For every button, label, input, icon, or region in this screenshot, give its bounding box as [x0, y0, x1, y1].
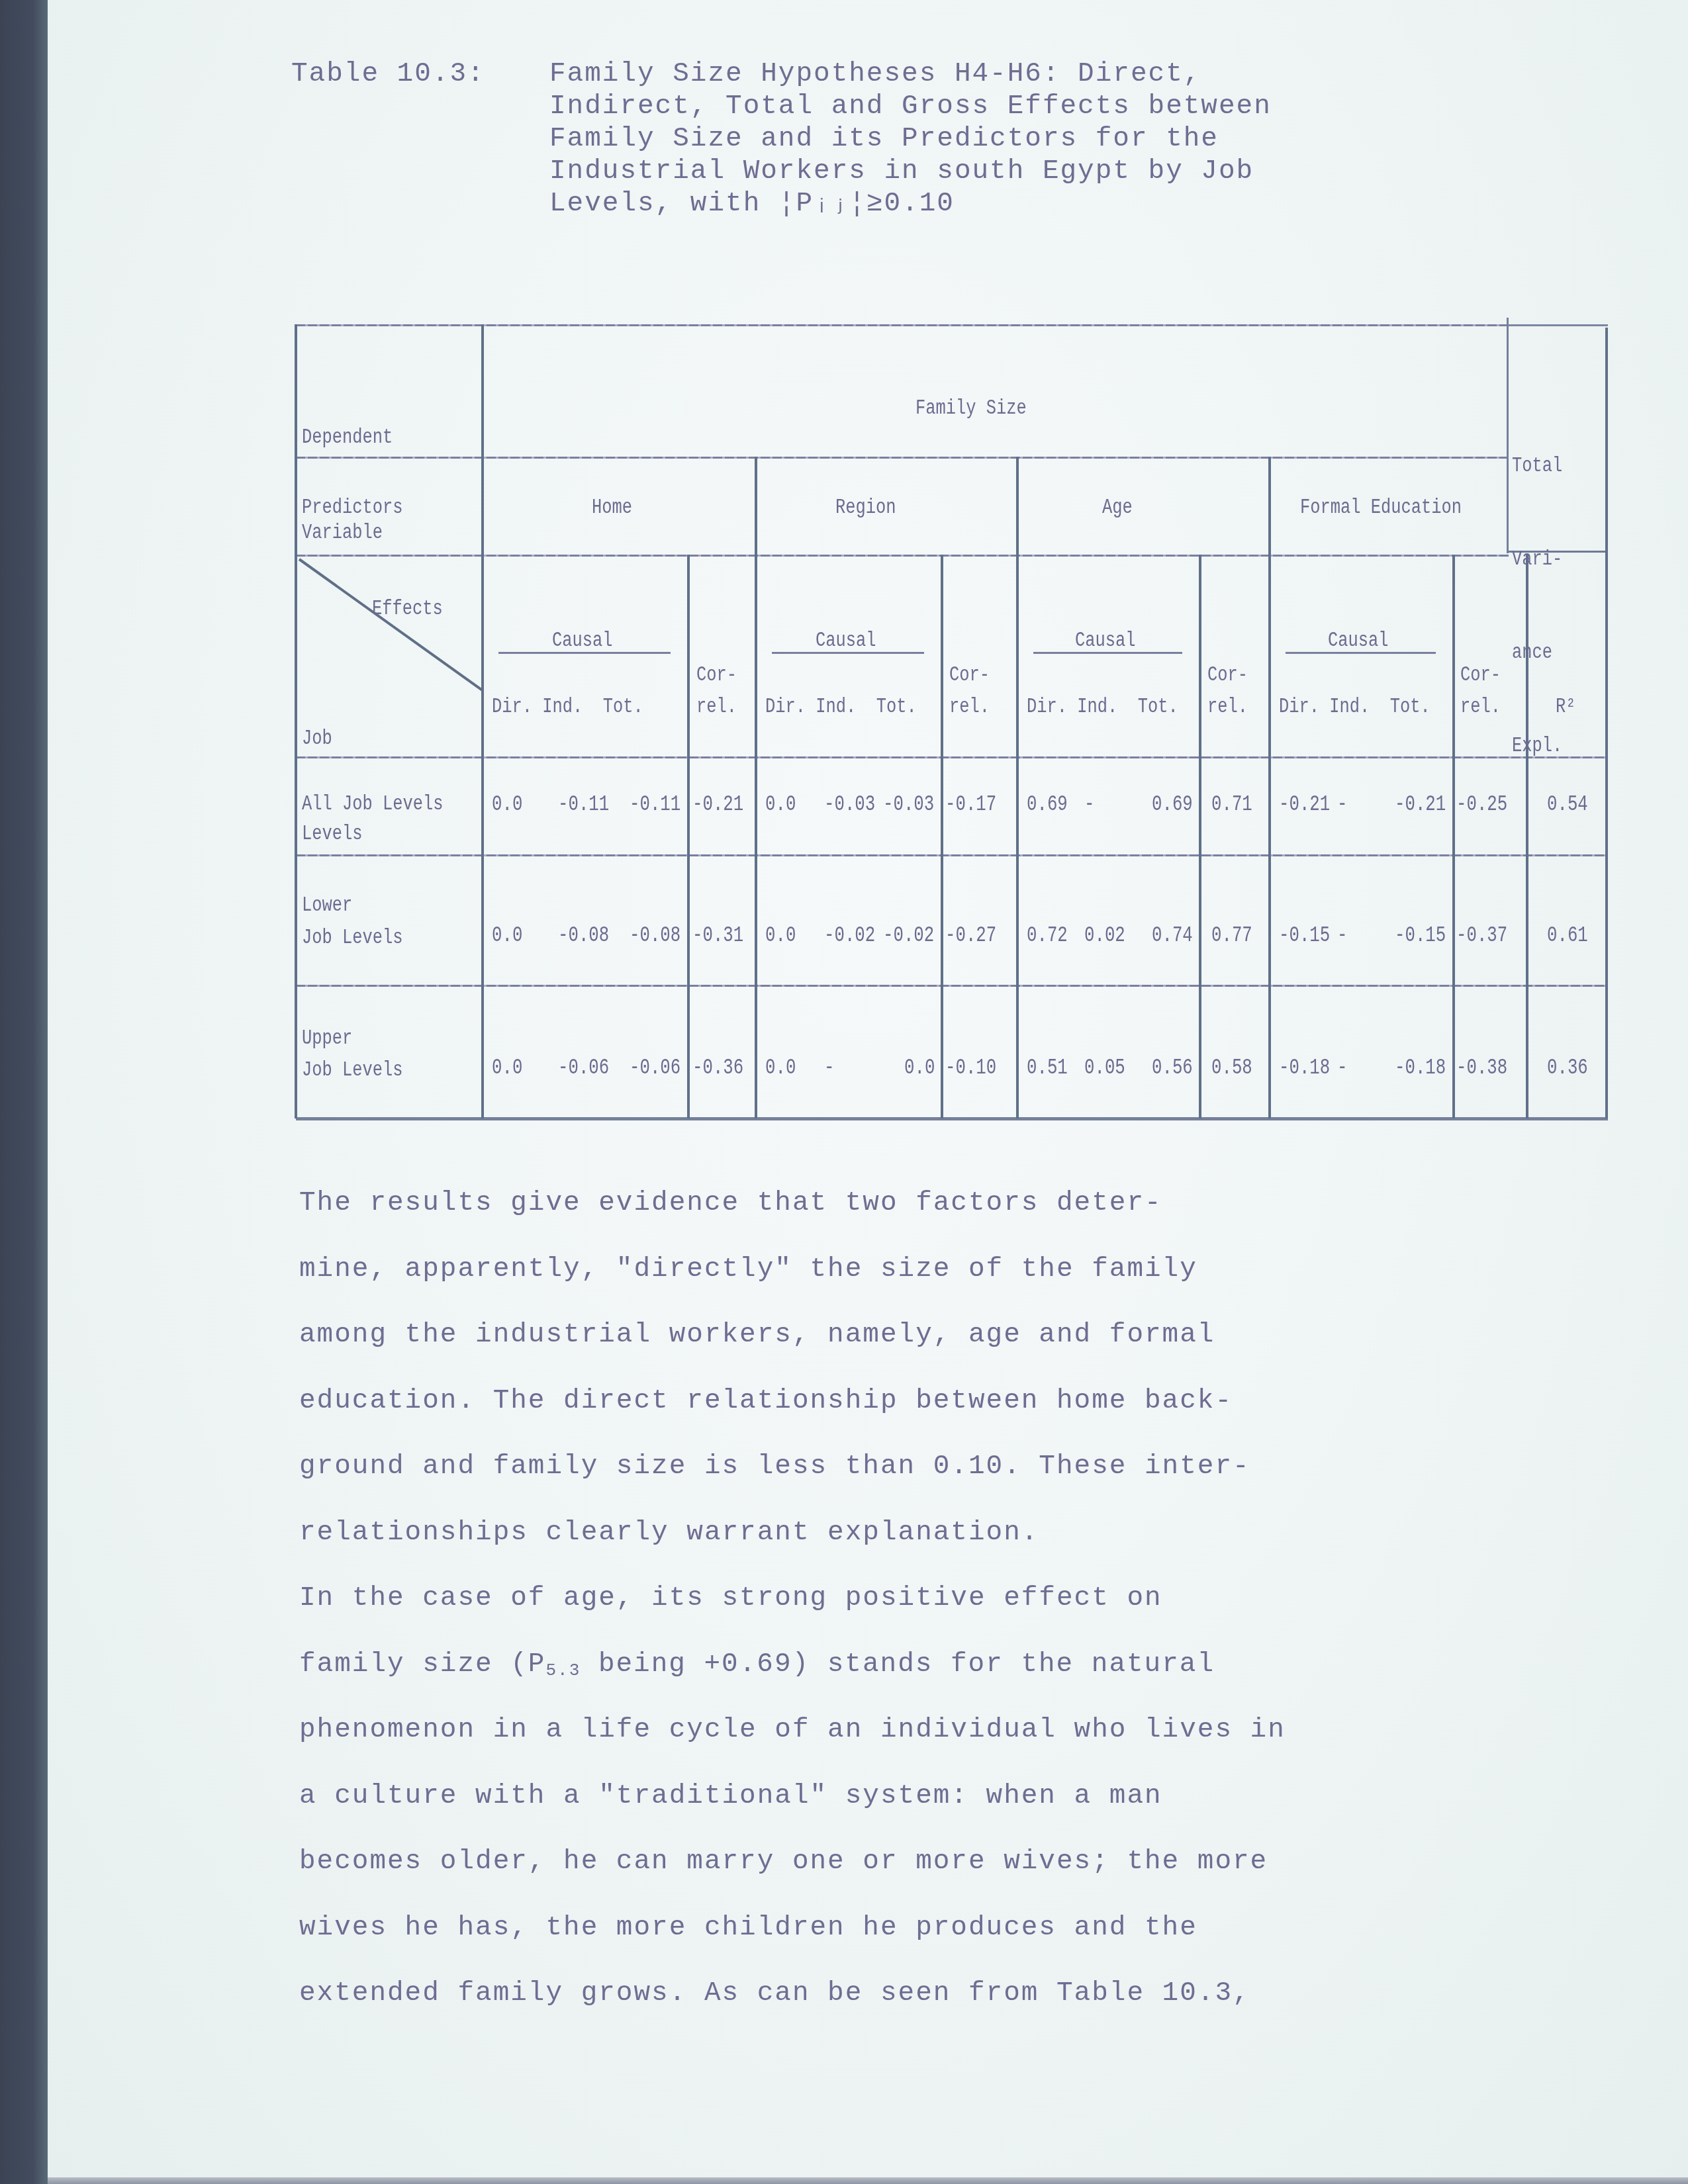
row-label: Job Levels	[302, 923, 403, 954]
scan-binding-edge	[0, 0, 48, 2184]
header-text: Vari-	[1512, 544, 1562, 575]
indirect-effect: 0.02	[1084, 920, 1125, 952]
total-effect: -0.06	[630, 1052, 680, 1084]
indirect-effect: -	[824, 1052, 834, 1084]
causal-underline	[498, 652, 671, 654]
col-divider	[1452, 555, 1455, 1118]
header-text: ance	[1512, 637, 1562, 668]
total-effect: 0.0	[904, 1052, 935, 1084]
correl-label-2: rel.	[1460, 692, 1501, 723]
correlation: 0.71	[1211, 789, 1252, 821]
correlation: -0.27	[945, 920, 996, 952]
text-line: wives he has, the more children he produ…	[299, 1911, 1491, 1978]
r-squared-value: 0.61	[1547, 920, 1588, 952]
table-border-top	[296, 324, 1509, 326]
correlation: -0.25	[1456, 789, 1507, 821]
total-effect: 0.56	[1152, 1052, 1193, 1084]
text-line: The results give evidence that two facto…	[299, 1187, 1491, 1253]
col-divider	[941, 555, 943, 1118]
text-line: ground and family size is less than 0.10…	[299, 1450, 1491, 1516]
text-line: relationships clearly warrant explanatio…	[299, 1516, 1491, 1582]
caption-line: Family Size Hypotheses H4-H6: Direct,	[549, 58, 1675, 91]
total-effect: -0.03	[883, 789, 934, 821]
text-line-with-formula: family size (P5.3 being +0.69) stands fo…	[299, 1648, 1491, 1714]
predictors-label: Predictors	[302, 492, 403, 524]
header-text: Levels	[302, 819, 363, 850]
causal-subheads: Dir. Ind. Tot.	[1279, 692, 1430, 723]
direct-effect: 0.51	[1027, 1052, 1068, 1084]
causal-subheads: Dir. Ind. Tot.	[765, 692, 917, 723]
header-text: Total	[1512, 451, 1562, 482]
text-line: extended family grows. As can be seen fr…	[299, 1977, 1491, 2043]
predictor-age: Age	[1102, 492, 1133, 524]
row-divider	[296, 985, 1608, 987]
indirect-effect: -	[1337, 789, 1347, 821]
text-line: mine, apparently, "directly" the size of…	[299, 1253, 1491, 1319]
total-effect: -0.08	[630, 920, 680, 952]
r-squared-label: R²	[1556, 692, 1576, 723]
direct-effect: 0.0	[765, 789, 796, 821]
direct-effect: 0.69	[1027, 789, 1068, 821]
col-divider	[481, 324, 484, 1118]
caption-line: Industrial Workers in south Egypt by Job	[549, 156, 1675, 188]
col-divider	[1507, 318, 1509, 553]
row-divider	[296, 555, 1509, 557]
indirect-effect: 0.05	[1084, 1052, 1125, 1084]
scan-bottom-edge	[48, 2177, 1688, 2184]
total-effect: -0.21	[1395, 789, 1446, 821]
job-levels-label: Job Levels	[302, 660, 363, 914]
row-label: Upper	[302, 1023, 352, 1055]
text-line: education. The direct relationship betwe…	[299, 1385, 1491, 1451]
paragraph-1: The results give evidence that two facto…	[299, 1187, 1491, 1582]
table-border-top-right	[1509, 324, 1608, 326]
caption-line: Indirect, Total and Gross Effects betwee…	[549, 91, 1675, 123]
predictor-formal-education: Formal Education	[1300, 492, 1462, 524]
correlation: 0.77	[1211, 920, 1252, 952]
indirect-effect: -0.11	[558, 789, 609, 821]
col-divider	[1016, 457, 1019, 1118]
header-text: Job	[302, 723, 363, 755]
path-coefficient-subscript: 5.3	[545, 1661, 581, 1680]
correl-label-2: rel.	[1207, 692, 1248, 723]
causal-subheads: Dir. Ind. Tot.	[1027, 692, 1178, 723]
indirect-effect: -0.02	[824, 920, 875, 952]
direct-effect: -0.18	[1279, 1052, 1330, 1084]
indirect-effect: -0.08	[558, 920, 609, 952]
total-effect: -0.15	[1395, 920, 1446, 952]
correl-label-1: Cor-	[1207, 660, 1248, 692]
row-divider	[296, 756, 1608, 758]
formula-suffix: being +0.69) stands for the natural	[581, 1649, 1215, 1680]
row-label: Lower	[302, 890, 352, 922]
predictor-home: Home	[592, 492, 632, 524]
total-variance-label: Total Vari- ance Expl.	[1512, 388, 1562, 824]
correlation: -0.10	[945, 1052, 996, 1084]
text-line: phenomenon in a life cycle of an individ…	[299, 1713, 1491, 1780]
correl-label-2: rel.	[949, 692, 990, 723]
header-text: Dependent	[302, 422, 393, 454]
row-label: Job Levels	[302, 1055, 403, 1087]
caption-line: Levels, with ¦Pᵢⱼ¦≥0.10	[549, 188, 1675, 220]
correl-label-1: Cor-	[696, 660, 737, 692]
text-line: a culture with a "traditional" system: w…	[299, 1780, 1491, 1846]
correl-label-1: Cor-	[949, 660, 990, 692]
text-line: among the industrial workers, namely, ag…	[299, 1318, 1491, 1385]
total-effect: -0.11	[630, 789, 680, 821]
causal-underline	[1286, 652, 1436, 654]
correlation: -0.37	[1456, 920, 1507, 952]
col-divider	[687, 555, 690, 1118]
r-squared-value: 0.54	[1547, 789, 1588, 821]
text-line: In the case of age, its strong positive …	[299, 1582, 1491, 1648]
header-text: Expl.	[1512, 731, 1562, 762]
causal-underline	[1033, 652, 1182, 654]
caption-line: Family Size and its Predictors for the	[549, 123, 1675, 156]
indirect-effect: -	[1084, 789, 1094, 821]
direct-effect: 0.72	[1027, 920, 1068, 952]
text-line: becomes older, he can marry one or more …	[299, 1845, 1491, 1911]
row-label: All Job Levels	[302, 789, 444, 821]
total-effect: 0.74	[1152, 920, 1193, 952]
paragraph-2: In the case of age, its strong positive …	[299, 1582, 1491, 2043]
direct-effect: 0.0	[765, 1052, 796, 1084]
table-border-left	[295, 324, 297, 1118]
correlation: -0.17	[945, 789, 996, 821]
total-effect: -0.02	[883, 920, 934, 952]
direct-effect: 0.0	[492, 789, 522, 821]
correlation: -0.38	[1456, 1052, 1507, 1084]
direct-effect: 0.0	[492, 1052, 522, 1084]
table-border-right	[1605, 328, 1608, 1118]
total-effect: -0.18	[1395, 1052, 1446, 1084]
indirect-effect: -0.06	[558, 1052, 609, 1084]
indirect-effect: -0.03	[824, 789, 875, 821]
table-title: Family Size Hypotheses H4-H6: Direct, In…	[549, 58, 1675, 220]
predictor-region: Region	[835, 492, 896, 524]
indirect-effect: -	[1337, 920, 1347, 952]
correl-label-2: rel.	[696, 692, 737, 723]
correl-label-1: Cor-	[1460, 660, 1501, 692]
correlation: 0.58	[1211, 1052, 1252, 1084]
effects-label: Effects	[372, 594, 443, 625]
table-border-bottom	[296, 1117, 1608, 1120]
col-divider	[1268, 457, 1271, 1118]
correlation: -0.21	[692, 789, 743, 821]
formula-prefix: family size (P	[299, 1649, 545, 1680]
direct-effect: 0.0	[765, 920, 796, 952]
row-divider	[296, 854, 1608, 856]
table-number: Table 10.3:	[291, 58, 485, 91]
correlation: -0.36	[692, 1052, 743, 1084]
r-squared-value: 0.36	[1547, 1052, 1588, 1084]
col-divider	[755, 457, 757, 1118]
indirect-effect: -	[1337, 1052, 1347, 1084]
dependent-variable-label: Dependent Variable	[302, 359, 393, 613]
causal-underline	[772, 652, 924, 654]
direct-effect: -0.21	[1279, 789, 1330, 821]
causal-subheads: Dir. Ind. Tot.	[492, 692, 643, 723]
direct-effect: 0.0	[492, 920, 522, 952]
direct-effect: -0.15	[1279, 920, 1330, 952]
correlation: -0.31	[692, 920, 743, 952]
total-effect: 0.69	[1152, 789, 1193, 821]
row-divider	[296, 457, 1509, 459]
dependent-variable-value: Family Size	[915, 393, 1027, 425]
col-divider	[1199, 555, 1201, 1118]
